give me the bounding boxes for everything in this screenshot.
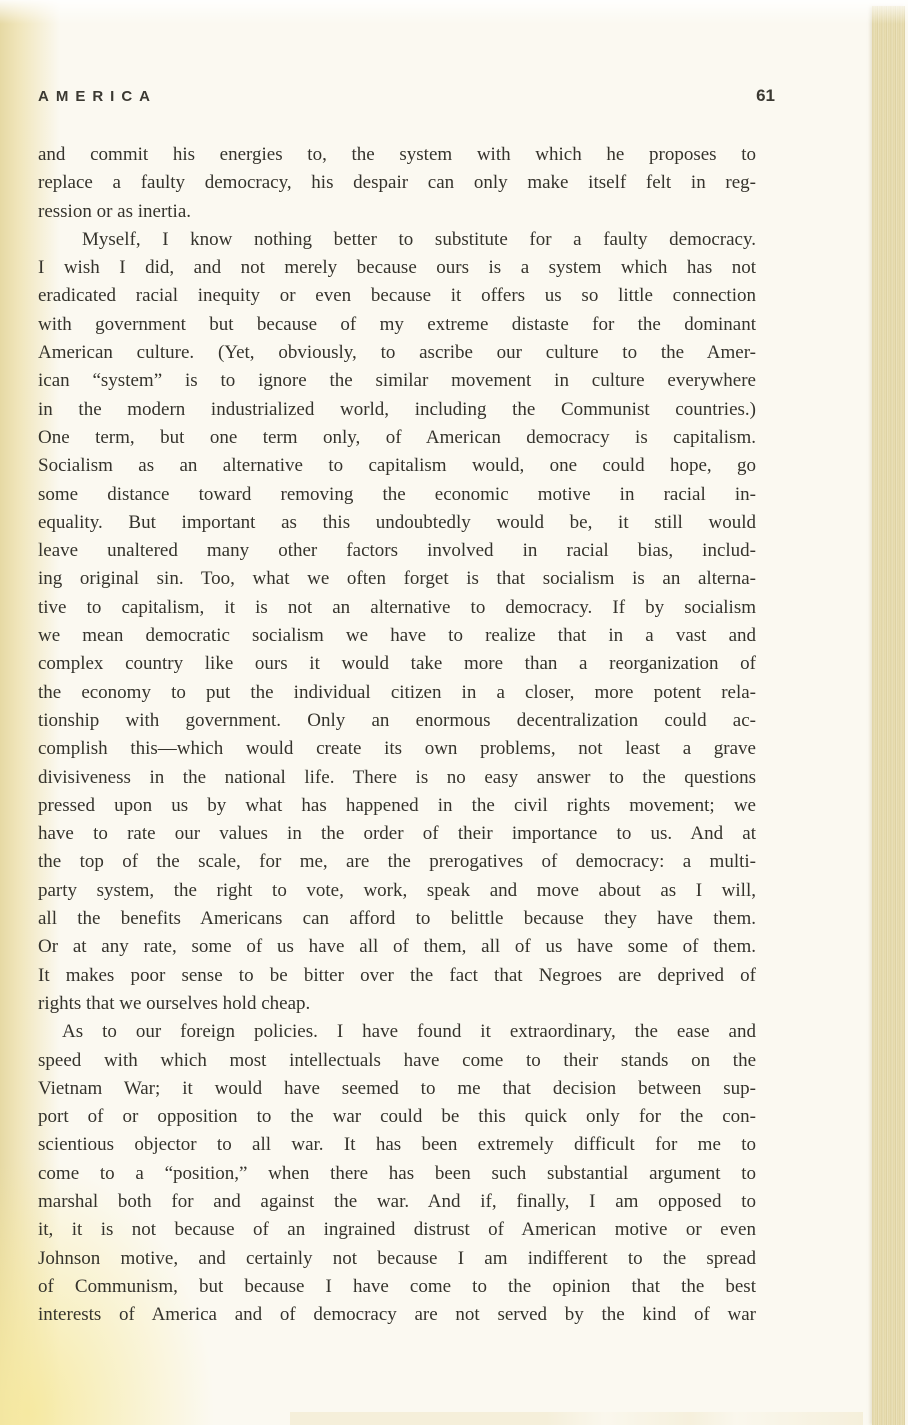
page-number: 61 <box>756 86 775 106</box>
text-line: port of or opposition to the war could b… <box>38 1103 756 1131</box>
text-line: we mean democratic socialism we have to … <box>38 622 756 650</box>
text-line: marshal both for and against the war. An… <box>38 1188 756 1216</box>
text-line: I wish I did, and not merely because our… <box>38 254 756 282</box>
text-line: all the benefits Americans can afford to… <box>38 905 756 933</box>
page-text: and commit his energies to, the system w… <box>38 141 756 1329</box>
book-page-scan: AMERICA 61 and commit his energies to, t… <box>0 0 908 1425</box>
text-line: equality. But important as this undoubte… <box>38 509 756 537</box>
text-line: have to rate our values in the order of … <box>38 820 756 848</box>
text-line: One term, but one term only, of American… <box>38 424 756 452</box>
text-line: complex country like ours it would take … <box>38 650 756 678</box>
top-edge-highlight <box>0 0 908 24</box>
text-line: interests of America and of democracy ar… <box>38 1301 756 1329</box>
text-line: It makes poor sense to be bitter over th… <box>38 962 756 990</box>
text-line: divisiveness in the national life. There… <box>38 764 756 792</box>
book-page-edges <box>872 6 905 1425</box>
text-line: replace a faulty democracy, his despair … <box>38 169 756 197</box>
text-line: scientious objector to all war. It has b… <box>38 1131 756 1159</box>
text-line: tive to capitalism, it is not an alterna… <box>38 594 756 622</box>
text-line: some distance toward removing the econom… <box>38 481 756 509</box>
text-line: and commit his energies to, the system w… <box>38 141 756 169</box>
text-line: party system, the right to vote, work, s… <box>38 877 756 905</box>
text-line: pressed upon us by what has happened in … <box>38 792 756 820</box>
text-line: of Communism, but because I have come to… <box>38 1273 756 1301</box>
text-line: ression or as inertia. <box>38 198 756 226</box>
text-line: speed with which most intellectuals have… <box>38 1047 756 1075</box>
text-line: the top of the scale, for me, are the pr… <box>38 848 756 876</box>
text-line: As to our foreign policies. I have found… <box>38 1018 756 1046</box>
paragraph: As to our foreign policies. I have found… <box>38 1018 756 1329</box>
running-head-title: AMERICA <box>38 88 157 105</box>
text-line: it, it is not because of an ingrained di… <box>38 1216 756 1244</box>
text-line: Johnson motive, and certainly not becaus… <box>38 1245 756 1273</box>
text-line: complish this—which would create its own… <box>38 735 756 763</box>
text-line: eradicated racial inequity or even becau… <box>38 282 756 310</box>
text-line: Or at any rate, some of us have all of t… <box>38 933 756 961</box>
text-line: the economy to put the individual citize… <box>38 679 756 707</box>
text-line: Vietnam War; it would have seemed to me … <box>38 1075 756 1103</box>
bottom-edge-smudge <box>290 1412 863 1425</box>
text-line: rights that we ourselves hold cheap. <box>38 990 756 1018</box>
text-line: come to a “position,” when there has bee… <box>38 1160 756 1188</box>
text-line: ing original sin. Too, what we often for… <box>38 565 756 593</box>
text-line: American culture. (Yet, obviously, to as… <box>38 339 756 367</box>
text-line: Myself, I know nothing better to substit… <box>38 226 756 254</box>
text-line: leave unaltered many other factors invol… <box>38 537 756 565</box>
text-line: ican “system” is to ignore the similar m… <box>38 367 756 395</box>
text-line: in the modern industrialized world, incl… <box>38 396 756 424</box>
text-line: tionship with government. Only an enormo… <box>38 707 756 735</box>
text-line: Socialism as an alternative to capitalis… <box>38 452 756 480</box>
paragraph: and commit his energies to, the system w… <box>38 141 756 226</box>
paragraph: Myself, I know nothing better to substit… <box>38 226 756 1018</box>
running-header: AMERICA 61 <box>38 86 775 106</box>
text-line: with government but because of my extrem… <box>38 311 756 339</box>
